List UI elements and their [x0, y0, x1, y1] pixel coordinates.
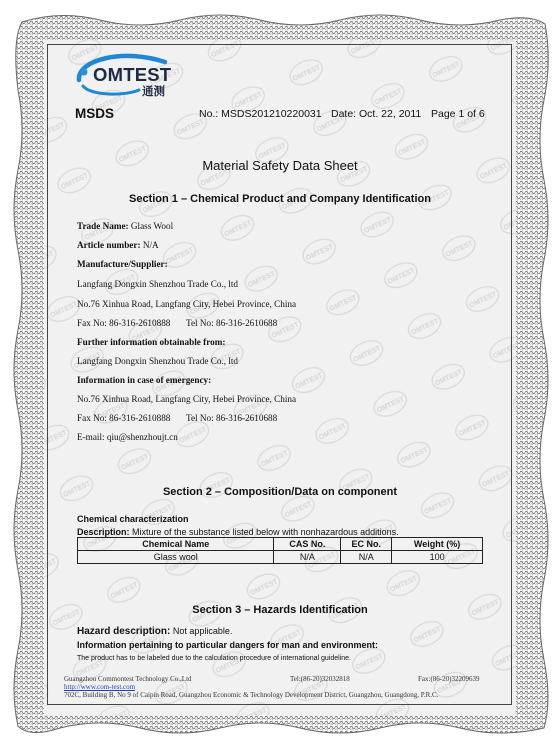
- further-info-name: Langfang Dongxin Shenzhou Trade Co., ltd: [77, 356, 238, 366]
- footer-address: 702C, Building B, No 9 of Caipin Road, G…: [64, 691, 438, 699]
- manufacturer-name: Langfang Dongxin Shenzhou Trade Co., ltd: [77, 279, 238, 289]
- logo-chinese-text: 通测: [142, 83, 165, 99]
- trade-name-field: Trade Name: Glass Wool: [77, 221, 173, 231]
- manufacturer-label: Manufacture/Supplier:: [77, 259, 168, 269]
- column-header: Weight (%): [392, 538, 483, 551]
- doc-type-label: MSDS: [75, 106, 114, 121]
- emergency-tel: Tel No: 86-316-2610688: [186, 413, 277, 423]
- manufacturer-address: No.76 Xinhua Road, Langfang City, Hebei …: [77, 299, 296, 309]
- ec-number-cell: N/A: [341, 551, 392, 564]
- column-header: Chemical Name: [78, 538, 274, 551]
- footer-fax: Fax:(86-20)32209639: [418, 675, 479, 683]
- company-logo: OMTEST 通测: [73, 50, 173, 100]
- manufacturer-tel: Tel No: 86-316-2610688: [186, 318, 277, 328]
- manufacturer-fax: Fax No: 86-316-2610888: [77, 318, 170, 328]
- page-title: Material Safety Data Sheet: [0, 158, 560, 173]
- hazard-description-value: Not applicable.: [170, 626, 232, 636]
- hazard-description-label: Hazard description:: [77, 626, 170, 637]
- article-number-value: N/A: [141, 240, 159, 250]
- table-row: Glass wool N/A N/A 100: [78, 551, 483, 564]
- column-header: CAS No.: [274, 538, 341, 551]
- page-indicator: Page 1 of 6: [431, 108, 485, 120]
- trade-name-label: Trade Name:: [77, 221, 129, 231]
- description-label: Description:: [77, 527, 130, 537]
- section-2-heading: Section 2 – Composition/Data on componen…: [0, 486, 560, 498]
- document-date: Date: Oct. 22, 2011: [331, 108, 421, 120]
- section-3-heading: Section 3 – Hazards Identification: [0, 604, 560, 616]
- table-header-row: Chemical Name CAS No. EC No. Weight (%): [78, 538, 483, 551]
- emergency-address: No.76 Xinhua Road, Langfang City, Hebei …: [77, 394, 296, 404]
- footer-tel: Tel:(86-20)32032818: [290, 675, 350, 683]
- trade-name-value: Glass Wool: [129, 221, 174, 231]
- dangers-label: Information pertaining to particular dan…: [77, 640, 378, 650]
- emergency-fax: Fax No: 86-316-2610888: [77, 413, 170, 423]
- hazard-description-field: Hazard description: Not applicable.: [77, 626, 232, 637]
- document-number: No.: MSDS201210220031: [199, 108, 322, 120]
- section-1-heading: Section 1 – Chemical Product and Company…: [0, 193, 560, 205]
- composition-table: Chemical Name CAS No. EC No. Weight (%) …: [77, 537, 483, 564]
- chemical-name-cell: Glass wool: [78, 551, 274, 564]
- footer-website-link[interactable]: http://www.com-test.com: [64, 683, 135, 691]
- cas-number-cell: N/A: [274, 551, 341, 564]
- footer-company: Guangzhou Commontest Technology Co.,Ltd: [64, 675, 192, 683]
- description-field: Description: Mixture of the substance li…: [77, 527, 399, 537]
- article-number-label: Article number:: [77, 240, 141, 250]
- further-info-label: Further information obtainable from:: [77, 337, 225, 347]
- column-header: EC No.: [341, 538, 392, 551]
- weight-cell: 100: [392, 551, 483, 564]
- dangers-text: The product has to be labeled due to the…: [77, 655, 351, 662]
- emergency-label: Information in case of emergency:: [77, 375, 211, 385]
- chemical-characterization-label: Chemical characterization: [77, 514, 189, 524]
- contact-email: E-mail: qiu@shenzhoujt.cn: [77, 432, 178, 442]
- description-value: Mixture of the substance listed below wi…: [130, 527, 399, 537]
- article-number-field: Article number: N/A: [77, 240, 159, 250]
